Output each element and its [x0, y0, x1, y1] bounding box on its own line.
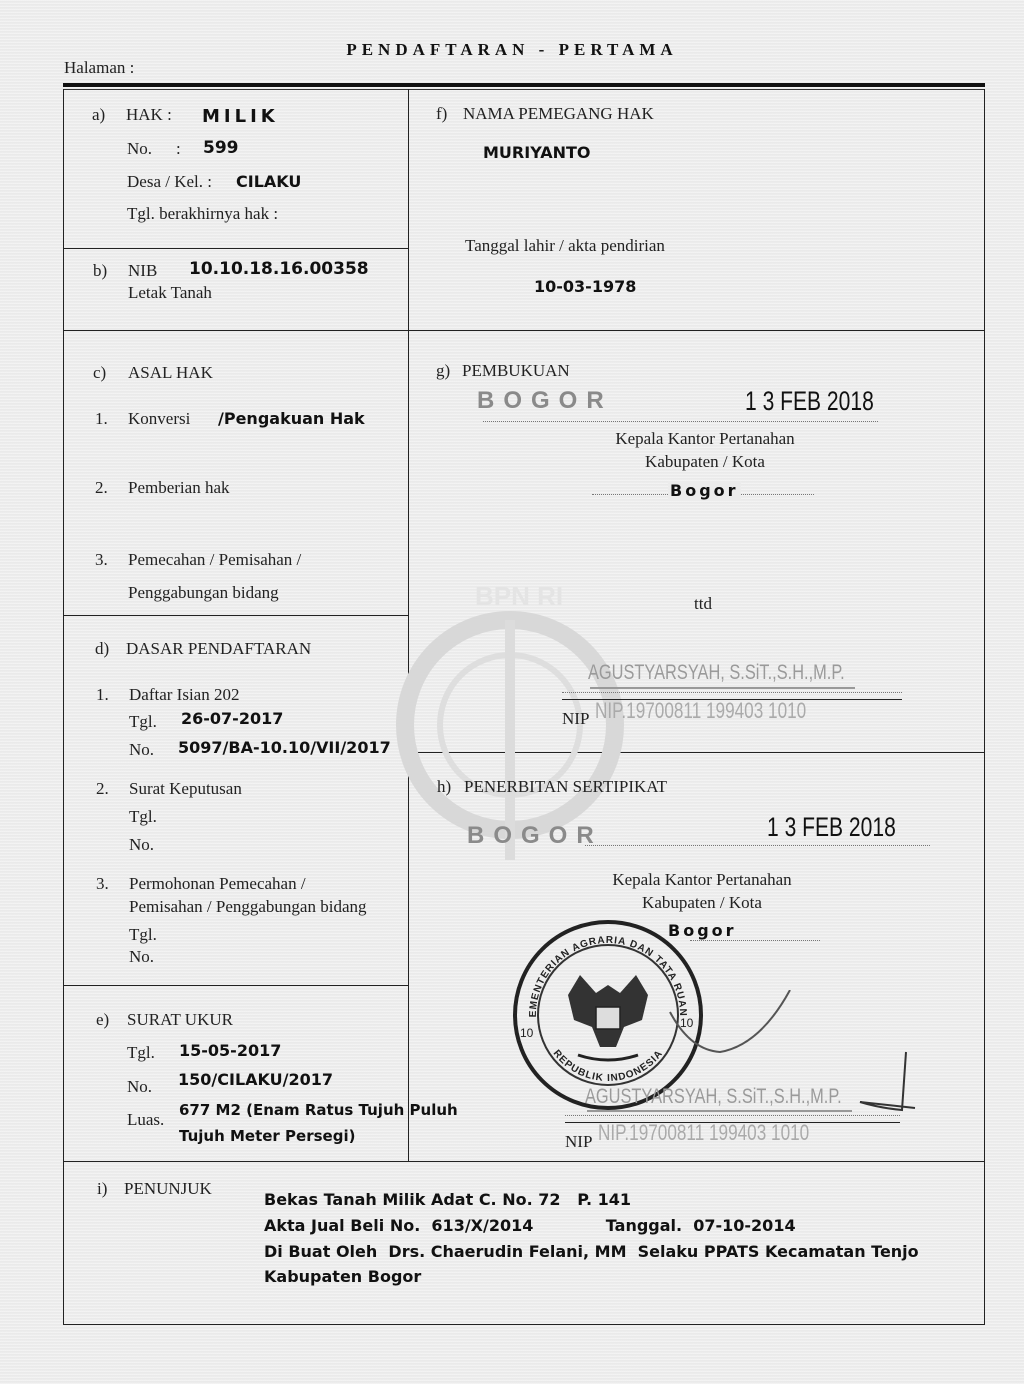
penerbitan-nip-value: NIP.19700811 199403 1010 — [598, 1120, 809, 1146]
divider-row1 — [63, 330, 985, 331]
penunjuk-title: PENUNJUK — [124, 1179, 212, 1199]
svg-text:BPN RI: BPN RI — [475, 581, 563, 611]
svg-text:10: 10 — [520, 1026, 534, 1040]
dasar-item-2-no-label: No. — [129, 835, 154, 855]
pembukuan-office-line1: Kepala Kantor Pertanahan — [560, 429, 850, 449]
dasar-item-2-label: Surat Keputusan — [129, 779, 242, 799]
hak-value: MILIK — [202, 106, 279, 127]
penerbitan-city-dotted-line — [690, 940, 820, 941]
section-a-marker: a) — [92, 105, 105, 125]
pembukuan-office-line2: Kabupaten / Kota — [560, 452, 850, 472]
surat-ukur-tgl-value: 15-05-2017 — [179, 1041, 281, 1060]
section-b-marker: b) — [93, 261, 107, 281]
hak-label: HAK : — [126, 105, 172, 125]
pembukuan-title: PEMBUKUAN — [462, 361, 570, 381]
section-c-marker: c) — [93, 363, 106, 383]
penerbitan-office-line1: Kepala Kantor Pertanahan — [557, 870, 847, 890]
section-f-marker: f) — [436, 104, 447, 124]
asal-item-3-label2: Penggabungan bidang — [128, 583, 279, 603]
pembukuan-nip-label: NIP — [562, 709, 589, 729]
section-d-marker: d) — [95, 639, 109, 659]
divider-i — [63, 1161, 985, 1162]
luas-value-line1: 677 M2 (Enam Ratus Tujuh Puluh — [179, 1101, 458, 1119]
surat-ukur-tgl-label: Tgl. — [127, 1043, 155, 1063]
dasar-item-1-no-label: No. — [129, 740, 154, 760]
divider-c-d — [63, 615, 408, 616]
section-h-marker: h) — [437, 777, 451, 797]
dasar-item-1-tgl-label: Tgl. — [129, 712, 157, 732]
penerbitan-name-underline — [587, 1110, 852, 1112]
penunjuk-line-3: Di Buat Oleh Drs. Chaerudin Felani, MM S… — [264, 1242, 919, 1261]
svg-text:REPUBLIK INDONESIA: REPUBLIK INDONESIA — [551, 1048, 666, 1084]
section-g-marker: g) — [436, 361, 450, 381]
pembukuan-dotted-line — [483, 421, 878, 422]
no-colon: : — [176, 139, 181, 159]
dasar-item-2-num: 2. — [96, 779, 109, 799]
page-title: PENDAFTARAN - PERTAMA — [0, 40, 1024, 60]
holder-name: MURIYANTO — [483, 143, 591, 162]
penerbitan-sign-dotted-line — [565, 1115, 900, 1116]
pembukuan-sign-dotted-line — [562, 692, 902, 693]
letak-tanah-label: Letak Tanah — [128, 283, 212, 303]
desa-label: Desa / Kel. : — [127, 172, 212, 192]
top-border-bar — [63, 83, 985, 87]
penerbitan-dotted-line — [585, 845, 930, 846]
divider-d-e — [63, 985, 408, 986]
penunjuk-line-4: Kabupaten Bogor — [264, 1267, 421, 1286]
asal-item-1-value: /Pengakuan Hak — [218, 409, 365, 428]
penerbitan-stamp-city: BOGOR — [467, 822, 603, 850]
dasar-pendaftaran-title: DASAR PENDAFTARAN — [126, 639, 311, 659]
desa-value: CILAKU — [236, 172, 301, 191]
dob-value: 10-03-1978 — [534, 277, 636, 296]
penerbitan-stamp-date: 1 3 FEB 2018 — [767, 812, 896, 843]
pembukuan-stamp-city: BOGOR — [477, 387, 613, 415]
penerbitan-official-name: AGUSTYARSYAH, S.SiT.,S.H.,M.P. — [585, 1085, 842, 1109]
asal-item-1-label: Konversi — [128, 409, 190, 429]
luas-value-line2: Tujuh Meter Persegi) — [179, 1127, 355, 1145]
nib-value: 10.10.18.16.00358 — [189, 259, 369, 279]
surat-ukur-no-value: 150/CILAKU/2017 — [178, 1070, 333, 1089]
asal-item-3-num: 3. — [95, 550, 108, 570]
dasar-item-1-label: Daftar Isian 202 — [129, 685, 239, 705]
dasar-item-1-tgl-value: 26-07-2017 — [181, 709, 283, 728]
penunjuk-line-2: Akta Jual Beli No. 613/X/2014 Tanggal. 0… — [264, 1216, 796, 1235]
dasar-item-3-num: 3. — [96, 874, 109, 894]
pembukuan-nip-value: NIP.19700811 199403 1010 — [595, 698, 806, 724]
penerbitan-office-line2: Kabupaten / Kota — [557, 893, 847, 913]
dasar-item-3-label: Permohonan Pemecahan / — [129, 874, 306, 894]
nib-label: NIB — [128, 261, 157, 281]
divider-a-b — [63, 248, 408, 249]
pemegang-hak-title: NAMA PEMEGANG HAK — [463, 104, 654, 124]
asal-hak-title: ASAL HAK — [128, 363, 213, 383]
penerbitan-nip-label: NIP — [565, 1132, 592, 1152]
ttd-label: ttd — [694, 594, 712, 614]
berakhir-label: Tgl. berakhirnya hak : — [127, 204, 278, 224]
penunjuk-line-1: Bekas Tanah Milik Adat C. No. 72 P. 141 — [264, 1190, 631, 1209]
asal-item-1-num: 1. — [95, 409, 108, 429]
dasar-item-1-no-value: 5097/BA-10.10/VII/2017 — [178, 738, 391, 757]
dasar-item-2-tgl-label: Tgl. — [129, 807, 157, 827]
surat-ukur-title: SURAT UKUR — [127, 1010, 233, 1030]
pembukuan-name-underline — [590, 687, 855, 689]
hak-number: 599 — [203, 138, 239, 158]
penerbitan-title: PENERBITAN SERTIPIKAT — [464, 777, 667, 797]
section-i-marker: i) — [97, 1179, 107, 1199]
asal-item-2-label: Pemberian hak — [128, 478, 230, 498]
asal-item-3-label: Pemecahan / Pemisahan / — [128, 550, 301, 570]
halaman-label: Halaman : — [64, 58, 134, 78]
dasar-item-3-tgl-label: Tgl. — [129, 925, 157, 945]
dasar-item-3-no-label: No. — [129, 947, 154, 967]
pembukuan-stamp-date: 1 3 FEB 2018 — [745, 386, 874, 417]
dob-label: Tanggal lahir / akta pendirian — [465, 236, 665, 256]
dasar-item-1-num: 1. — [96, 685, 109, 705]
pembukuan-official-name: AGUSTYARSYAH, S.SiT.,S.H.,M.P. — [588, 661, 845, 685]
luas-label: Luas. — [127, 1110, 164, 1130]
surat-ukur-no-label: No. — [127, 1077, 152, 1097]
pembukuan-office-city: Bogor — [668, 481, 741, 500]
dasar-item-3-label2: Pemisahan / Penggabungan bidang — [129, 897, 367, 917]
asal-item-2-num: 2. — [95, 478, 108, 498]
no-label: No. — [127, 139, 152, 159]
section-e-marker: e) — [96, 1010, 109, 1030]
